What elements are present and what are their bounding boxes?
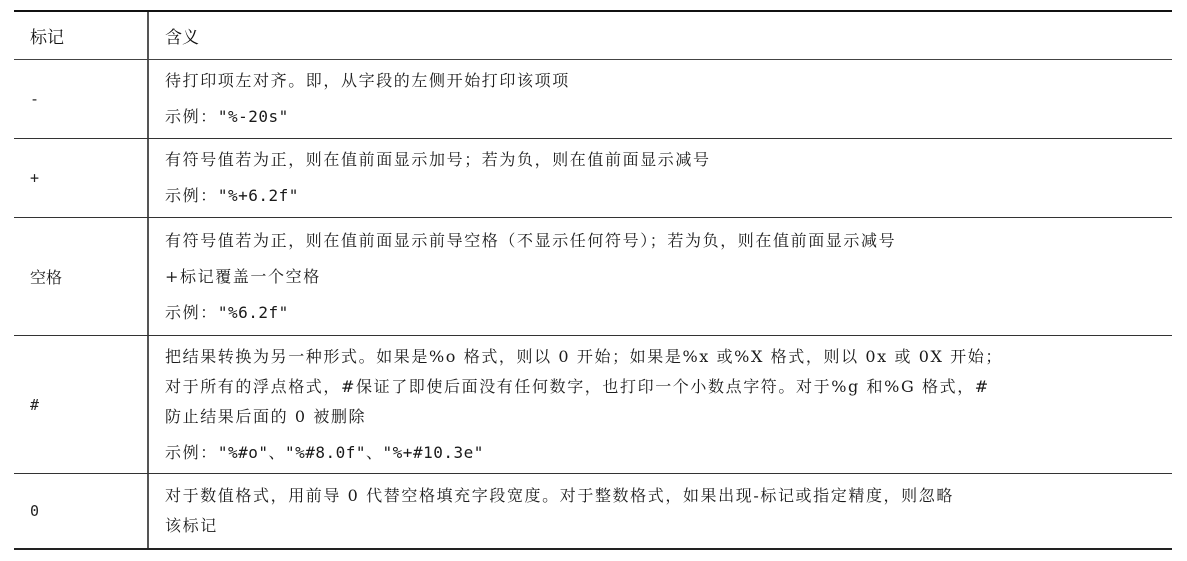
example-value: "%+6.2f"	[218, 186, 299, 205]
example-value: "%-20s"	[218, 107, 289, 126]
meaning-line: 对于数值格式，用前导 0 代替空格填充字段宽度。对于整数格式，如果出现-标记或指…	[165, 481, 1160, 511]
header-meaning: 含义	[149, 12, 1172, 59]
flag-cell: 0	[14, 474, 149, 548]
example-line: 示例："%-20s"	[165, 104, 1160, 130]
meaning-line: 对于所有的浮点格式，#保证了即使后面没有任何数字，也打印一个小数点字符。对于%g…	[165, 372, 1160, 402]
example-line: 示例："%#o"、"%#8.0f"、"%+#10.3e"	[165, 438, 1160, 468]
example-value: "%#o"、"%#8.0f"、"%+#10.3e"	[218, 443, 484, 462]
example-label: 示例：	[165, 107, 218, 126]
example-label: 示例：	[165, 303, 218, 322]
table-row: + 有符号值若为正，则在值前面显示加号；若为负，则在值前面显示减号 示例："%+…	[14, 139, 1172, 218]
meaning-line: 防止结果后面的 0 被删除	[165, 402, 1160, 432]
flag-cell: -	[14, 60, 149, 138]
meaning-cell: 对于数值格式，用前导 0 代替空格填充字段宽度。对于整数格式，如果出现-标记或指…	[149, 474, 1172, 548]
flag-cell: 空格	[14, 218, 149, 335]
meaning-line: 该标记	[165, 511, 1160, 541]
example-line: 示例："%6.2f"	[165, 300, 1160, 326]
header-flag: 标记	[14, 12, 149, 59]
meaning-line: 待打印项左对齐。即，从字段的左侧开始打印该项项	[165, 68, 1160, 94]
meaning-line: 有符号值若为正，则在值前面显示前导空格（不显示任何符号）；若为负，则在值前面显示…	[165, 228, 1160, 254]
meaning-cell: 有符号值若为正，则在值前面显示加号；若为负，则在值前面显示减号 示例："%+6.…	[149, 139, 1172, 217]
meaning-cell: 有符号值若为正，则在值前面显示前导空格（不显示任何符号）；若为负，则在值前面显示…	[149, 218, 1172, 335]
meaning-line: 把结果转换为另一种形式。如果是%o 格式，则以 0 开始；如果是%x 或%X 格…	[165, 342, 1160, 372]
table-header-row: 标记 含义	[14, 12, 1172, 60]
table-row: 0 对于数值格式，用前导 0 代替空格填充字段宽度。对于整数格式，如果出现-标记…	[14, 474, 1172, 548]
flag-cell: +	[14, 139, 149, 217]
table-row: 空格 有符号值若为正，则在值前面显示前导空格（不显示任何符号）；若为负，则在值前…	[14, 218, 1172, 336]
meaning-line: 有符号值若为正，则在值前面显示加号；若为负，则在值前面显示减号	[165, 147, 1160, 173]
example-value: "%6.2f"	[218, 303, 289, 322]
example-line: 示例："%+6.2f"	[165, 183, 1160, 209]
example-label: 示例：	[165, 186, 218, 205]
meaning-cell: 待打印项左对齐。即，从字段的左侧开始打印该项项 示例："%-20s"	[149, 60, 1172, 138]
example-label: 示例：	[165, 443, 218, 462]
table-row: - 待打印项左对齐。即，从字段的左侧开始打印该项项 示例："%-20s"	[14, 60, 1172, 139]
meaning-line: +标记覆盖一个空格	[165, 264, 1160, 290]
printf-flags-table: 标记 含义 - 待打印项左对齐。即，从字段的左侧开始打印该项项 示例："%-20…	[14, 10, 1172, 550]
flag-cell: #	[14, 336, 149, 473]
table-row: # 把结果转换为另一种形式。如果是%o 格式，则以 0 开始；如果是%x 或%X…	[14, 336, 1172, 474]
meaning-cell: 把结果转换为另一种形式。如果是%o 格式，则以 0 开始；如果是%x 或%X 格…	[149, 336, 1172, 473]
